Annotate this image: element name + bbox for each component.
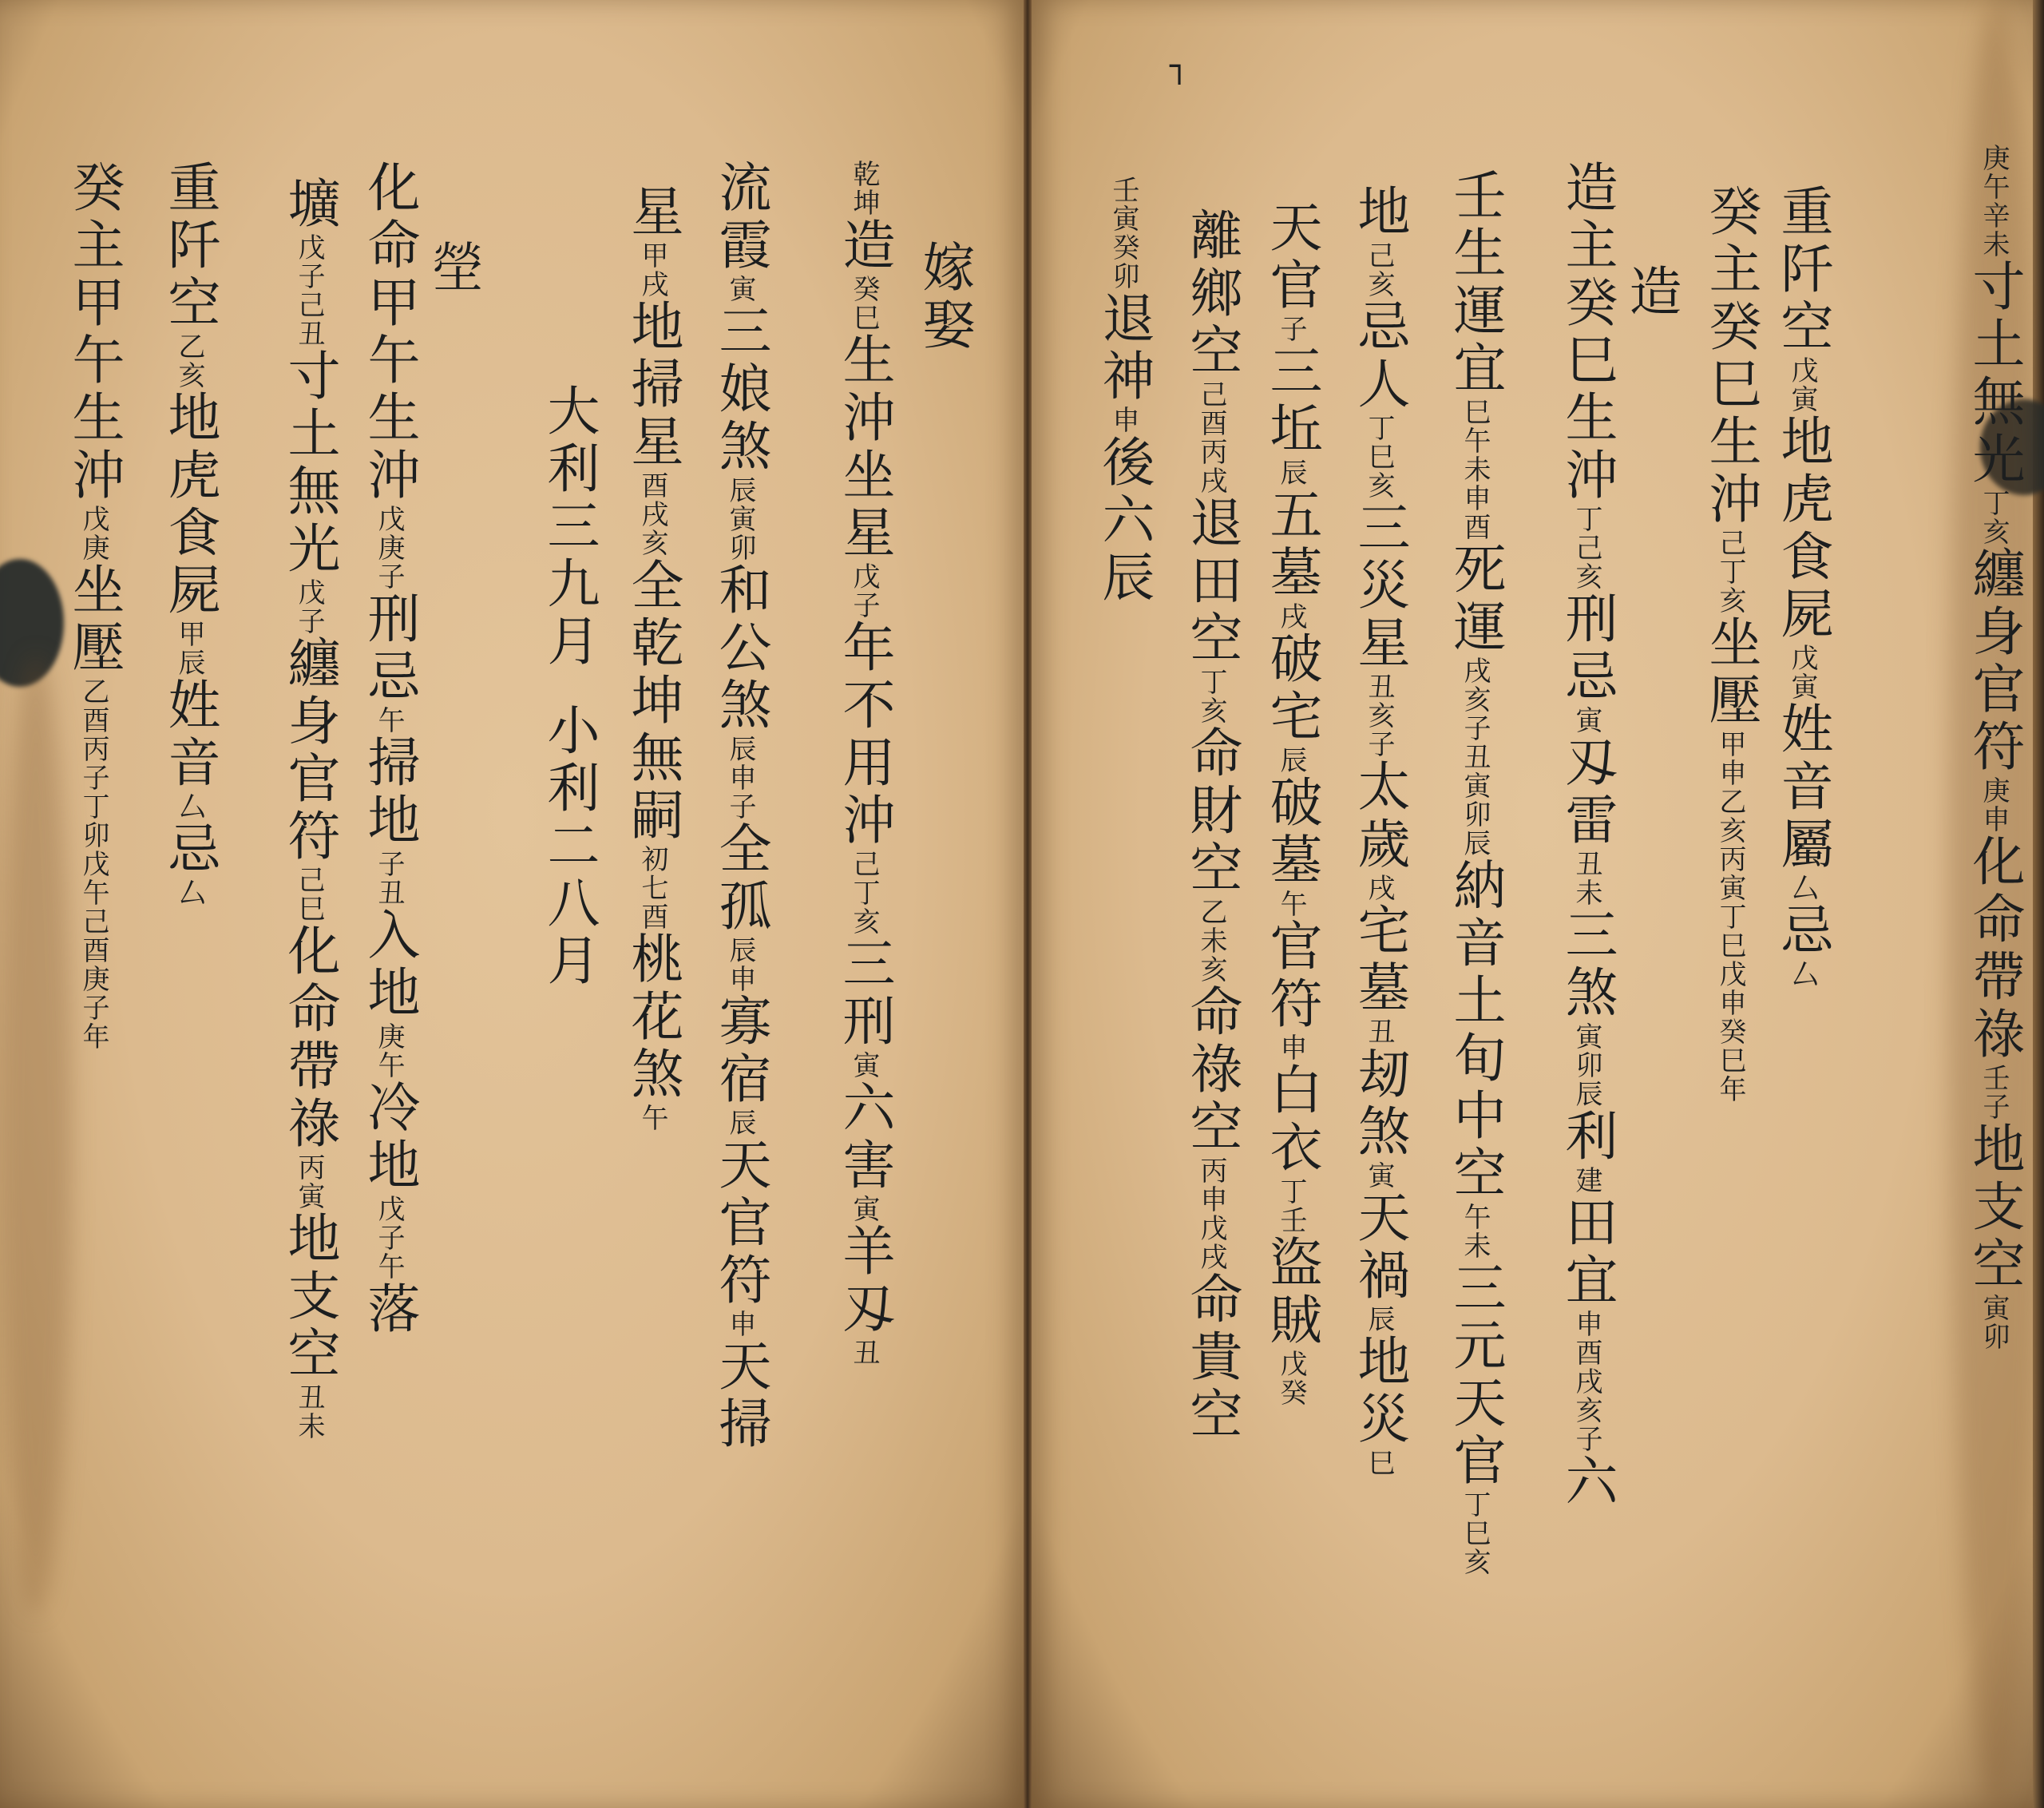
annotation-text: 申 <box>724 1310 756 1338</box>
annotation-text: 子 <box>1275 315 1307 343</box>
main-text: 和公煞 <box>710 562 771 735</box>
main-text: 星 <box>622 184 683 241</box>
annotation-text: 乙酉丙子丁卯戊午己酉庚子年 <box>77 677 109 1051</box>
annotation-text: 丁壬 <box>1275 1177 1307 1235</box>
main-text: 後六辰 <box>1093 434 1155 607</box>
annotation-text: 戌 <box>1363 874 1395 902</box>
text-column: 乾坤造癸巳生沖坐星戊子年不用沖己丁亥三刑寅六害寅羊刄丑 <box>838 160 890 1367</box>
main-text: 姓音 <box>159 677 220 792</box>
text-column: 塋 <box>426 240 479 297</box>
text-column: 離鄉空己酉丙戌退田空丁亥命財空乙未亥命祿空丙申戊戌命貴空 <box>1185 208 1238 1444</box>
annotation-text: 午未 <box>1459 1203 1491 1260</box>
main-text: 壬生運宜 <box>1444 168 1506 398</box>
main-text: 地支空 <box>1963 1121 2025 1294</box>
main-text: 桃花煞 <box>622 931 683 1104</box>
main-text: 五墓 <box>1261 487 1322 602</box>
annotation-text: 辰 <box>1363 1305 1395 1334</box>
annotation-text: 庚申 <box>1978 776 2010 834</box>
main-text: 三刑 <box>834 936 895 1051</box>
annotation-text: 戊子 <box>293 578 325 636</box>
main-text: 田宜 <box>1556 1195 1618 1310</box>
text-column: 造主癸巳生沖丁己亥刑忌寅刄雷丑未三煞寅卯辰利建田宜申酉戌亥子六 <box>1560 160 1613 1511</box>
main-text: 三災星 <box>1349 500 1410 672</box>
annotation-text: 辰申子 <box>724 735 756 821</box>
main-text: 退田空 <box>1181 495 1242 668</box>
text-column: 造 <box>1624 264 1677 321</box>
main-text: 地災 <box>1349 1334 1410 1449</box>
main-text: 嫁娶 <box>913 240 975 355</box>
annotation-text: 酉戌亥 <box>636 471 668 557</box>
main-text: 白衣 <box>1261 1062 1322 1177</box>
annotation-text: 午 <box>373 706 405 735</box>
annotation-text: 厶 <box>1786 960 1818 989</box>
main-text: 生沖坐星 <box>834 332 895 562</box>
main-text: 離鄉空 <box>1181 208 1242 380</box>
main-text: 盜賊 <box>1261 1235 1322 1350</box>
main-text: 天官 <box>1261 200 1322 315</box>
main-text: 癸主甲午生沖 <box>63 160 125 505</box>
main-text: 塋 <box>422 240 484 297</box>
text-column: 化命甲午生沖戊庚子刑忌午掃地子丑入地庚午冷地戊子午落 <box>362 160 415 1338</box>
annotation-text: 己酉丙戌 <box>1195 380 1227 495</box>
main-text: 掃地 <box>358 735 420 850</box>
main-text: 羊刄 <box>834 1223 895 1338</box>
main-text: 命財空 <box>1181 725 1242 898</box>
main-text: 重阡空 <box>159 160 220 332</box>
annotation-text: 寅 <box>848 1051 880 1080</box>
main-text: 坐壓 <box>1700 615 1761 730</box>
main-text: 刼煞 <box>1349 1046 1410 1161</box>
annotation-text: 巳 <box>1363 1449 1395 1477</box>
main-text: 三坵 <box>1261 343 1322 458</box>
main-text: 刑忌 <box>358 591 420 706</box>
main-text: 姓音屬 <box>1772 701 1833 874</box>
main-text: 天掃 <box>710 1338 771 1453</box>
main-text: 天禍 <box>1349 1190 1410 1305</box>
annotation-text: 申 <box>1275 1033 1307 1062</box>
main-text: 造 <box>834 217 895 275</box>
book-gutter <box>1024 0 1032 1808</box>
text-column: 壬生運宜巳午未申酉死運戌亥子丑寅卯辰納音土旬中空午未三元天官丁巳亥 <box>1448 168 1501 1576</box>
text-column: 重阡空戊寅地虎食屍戊寅姓音屬厶忌厶 <box>1776 184 1828 989</box>
text-column: 庚午辛未寸土無光丁亥纏身官符庚申化命帶祿壬子地支空寅卯 <box>1967 144 2020 1351</box>
annotation-text: 庚午辛未 <box>1978 144 2010 259</box>
main-text: 刑忌 <box>1556 591 1618 706</box>
main-text: 三元天官 <box>1444 1260 1506 1490</box>
page-mark: ┐ <box>1170 48 1189 85</box>
annotation-text: 甲辰 <box>173 620 205 677</box>
main-text: 六害 <box>834 1080 895 1195</box>
text-column: 星甲戌地掃星酉戌亥全乾坤無嗣初七酉桃花煞午 <box>626 184 679 1132</box>
main-text: 寡宿 <box>710 993 771 1108</box>
main-text: 癸主癸巳生沖 <box>1700 184 1761 529</box>
annotation-text: 厶 <box>1786 874 1818 902</box>
main-text: 刄雷 <box>1556 735 1618 850</box>
annotation-text: 厶 <box>173 878 205 907</box>
main-text: 官符 <box>1261 918 1322 1033</box>
main-text: 化命帶祿 <box>279 923 340 1153</box>
annotation-text: 丑未 <box>1571 850 1602 907</box>
water-stain <box>0 655 72 1613</box>
annotation-text: 丙寅 <box>293 1153 325 1211</box>
annotation-text: 戊寅 <box>1786 644 1818 701</box>
annotation-text: 寅 <box>724 275 756 303</box>
main-text: 化命帶祿 <box>1963 834 2025 1064</box>
annotation-text: 乾坤 <box>848 160 880 217</box>
main-text: 全孤 <box>710 821 771 936</box>
main-text: 造主癸巳生沖 <box>1556 160 1618 505</box>
main-text: 流霞 <box>710 160 771 275</box>
text-column: 嫁娶 <box>917 240 970 355</box>
annotation-text: 丁亥 <box>1195 668 1227 725</box>
annotation-text: 戊庚 <box>77 505 109 562</box>
text-column: 地己亥忌人丁巳亥三災星丑亥子太歲戌宅墓丑刼煞寅天禍辰地災巳 <box>1353 184 1405 1477</box>
annotation-text: 寅卯 <box>1978 1294 2010 1351</box>
main-text: 破宅 <box>1261 631 1322 746</box>
main-text: 全乾坤無嗣 <box>622 557 683 845</box>
annotation-text: 厶 <box>173 792 205 821</box>
main-text: 死運 <box>1444 541 1506 656</box>
text-column: 流霞寅三娘煞辰寅卯和公煞辰申子全孤辰申寡宿辰天官符申天掃 <box>714 160 766 1453</box>
main-text: 忌 <box>159 821 220 878</box>
annotation-text: 辰申 <box>724 936 756 993</box>
main-text: 命祿空 <box>1181 984 1242 1156</box>
main-text: 落 <box>358 1281 420 1338</box>
main-text: 年不用沖 <box>834 620 895 850</box>
annotation-text: 午 <box>636 1104 668 1132</box>
text-column: 癸主甲午生沖戊庚坐壓乙酉丙子丁卯戊午己酉庚子年 <box>67 160 120 1051</box>
text-column: 重阡空乙亥地虎食屍甲辰姓音厶忌厶 <box>163 160 216 907</box>
main-text: 退神 <box>1093 291 1155 406</box>
annotation-text: 丁巳亥 <box>1363 414 1395 500</box>
main-text: 寸土無光 <box>279 348 340 578</box>
annotation-text: 丁巳亥 <box>1459 1490 1491 1576</box>
annotation-text: 戊寅 <box>1786 356 1818 414</box>
annotation-text: 戊庚子 <box>373 505 405 591</box>
annotation-text: 戌 <box>1275 602 1307 631</box>
main-text: 小利二八月 <box>538 703 600 990</box>
annotation-text: 丁亥 <box>1978 489 2010 546</box>
text-column: 天官子三坵辰五墓戌破宅辰破墓午官符申白衣丁壬盜賊戊癸 <box>1265 200 1317 1407</box>
annotation-text: 己巳 <box>293 866 325 923</box>
manuscript-spread: ┐ 庚午辛未寸土無光丁亥纏身官符庚申化命帶祿壬子地支空寅卯重阡空戊寅地虎食屍戊寅… <box>0 0 2044 1808</box>
annotation-text: 建 <box>1571 1166 1602 1195</box>
annotation-text: 庚午 <box>373 1022 405 1080</box>
annotation-text: 申 <box>1107 406 1139 434</box>
main-text: 坐壓 <box>63 562 125 677</box>
text-column: 壬寅癸卯退神申後六辰 <box>1097 176 1150 607</box>
main-text: 忌人 <box>1349 299 1410 414</box>
annotation-text: 辰 <box>1275 458 1307 487</box>
annotation-text: 初七酉 <box>636 845 668 931</box>
main-text: 纏身官符 <box>1963 546 2025 776</box>
main-text: 重阡空 <box>1772 184 1833 356</box>
main-text: 入地 <box>358 907 420 1022</box>
annotation-text: 戌亥子丑寅卯辰 <box>1459 656 1491 858</box>
main-text: 地 <box>1349 184 1410 241</box>
main-text: 太歲 <box>1349 759 1410 874</box>
annotation-text: 丑亥子 <box>1363 672 1395 759</box>
main-text: 六 <box>1556 1453 1618 1511</box>
text-column: 壙戊子己丑寸土無光戊子纏身官符己巳化命帶祿丙寅地支空丑未 <box>283 176 335 1441</box>
main-text: 忌 <box>1772 902 1833 960</box>
annotation-text: 丑 <box>1363 1017 1395 1046</box>
main-text: 冷地 <box>358 1080 420 1195</box>
annotation-text: 乙未亥 <box>1195 898 1227 984</box>
annotation-text: 癸巳 <box>848 275 880 332</box>
annotation-text: 寅 <box>848 1195 880 1223</box>
annotation-text: 戊子己丑 <box>293 233 325 348</box>
annotation-text: 己丁亥 <box>1714 529 1746 615</box>
main-text: 地虎食屍 <box>159 390 220 620</box>
annotation-text: 寅卯辰 <box>1571 1022 1602 1108</box>
annotation-text: 壬子 <box>1978 1064 2010 1121</box>
text-column: 大利三九月小利二八月 <box>542 383 595 990</box>
main-text: 命貴空 <box>1181 1271 1242 1444</box>
main-text: 三煞 <box>1556 907 1618 1022</box>
annotation-text: 戊子 <box>848 562 880 620</box>
annotation-text: 寅 <box>1571 706 1602 735</box>
main-text: 化命甲午生沖 <box>358 160 420 505</box>
annotation-text: 戊子午 <box>373 1195 405 1281</box>
annotation-text: 乙亥 <box>173 332 205 390</box>
annotation-text: 壬寅癸卯 <box>1107 176 1139 291</box>
main-text: 大利三九月 <box>538 383 600 671</box>
main-text: 地支空 <box>279 1211 340 1383</box>
annotation-text: 丁己亥 <box>1571 505 1602 591</box>
main-text: 三娘煞 <box>710 303 771 476</box>
annotation-text: 戊癸 <box>1275 1350 1307 1407</box>
main-text: 造 <box>1620 264 1682 321</box>
annotation-text: 己丁亥 <box>848 850 880 936</box>
annotation-text: 辰寅卯 <box>724 476 756 562</box>
annotation-text: 辰 <box>724 1108 756 1137</box>
main-text: 地掃星 <box>622 299 683 471</box>
annotation-text: 巳午未申酉 <box>1459 398 1491 541</box>
annotation-text: 丙申戊戌 <box>1195 1156 1227 1271</box>
main-text: 纏身官符 <box>279 636 340 866</box>
main-text: 壙 <box>279 176 340 233</box>
annotation-text: 丑 <box>848 1338 880 1367</box>
text-column: 癸主癸巳生沖己丁亥坐壓甲申乙亥丙寅丁巳戊申癸巳年 <box>1704 184 1757 1104</box>
main-text: 破墓 <box>1261 775 1322 890</box>
annotation-text: 甲戌 <box>636 241 668 299</box>
annotation-text: 寅 <box>1363 1161 1395 1190</box>
main-text: 天官符 <box>710 1137 771 1310</box>
annotation-text: 申酉戌亥子 <box>1571 1310 1602 1453</box>
annotation-text: 己亥 <box>1363 241 1395 299</box>
main-text: 地虎食屍 <box>1772 414 1833 644</box>
annotation-text: 辰 <box>1275 746 1307 775</box>
annotation-text: 午 <box>1275 890 1307 918</box>
annotation-text: 子丑 <box>373 850 405 907</box>
main-text: 宅墓 <box>1349 902 1410 1017</box>
annotation-text: 甲申乙亥丙寅丁巳戊申癸巳年 <box>1714 730 1746 1104</box>
main-text: 納音土旬中空 <box>1444 858 1506 1203</box>
main-text: 寸土無光 <box>1963 259 2025 489</box>
annotation-text: 丑未 <box>293 1383 325 1441</box>
main-text: 利 <box>1556 1108 1618 1166</box>
